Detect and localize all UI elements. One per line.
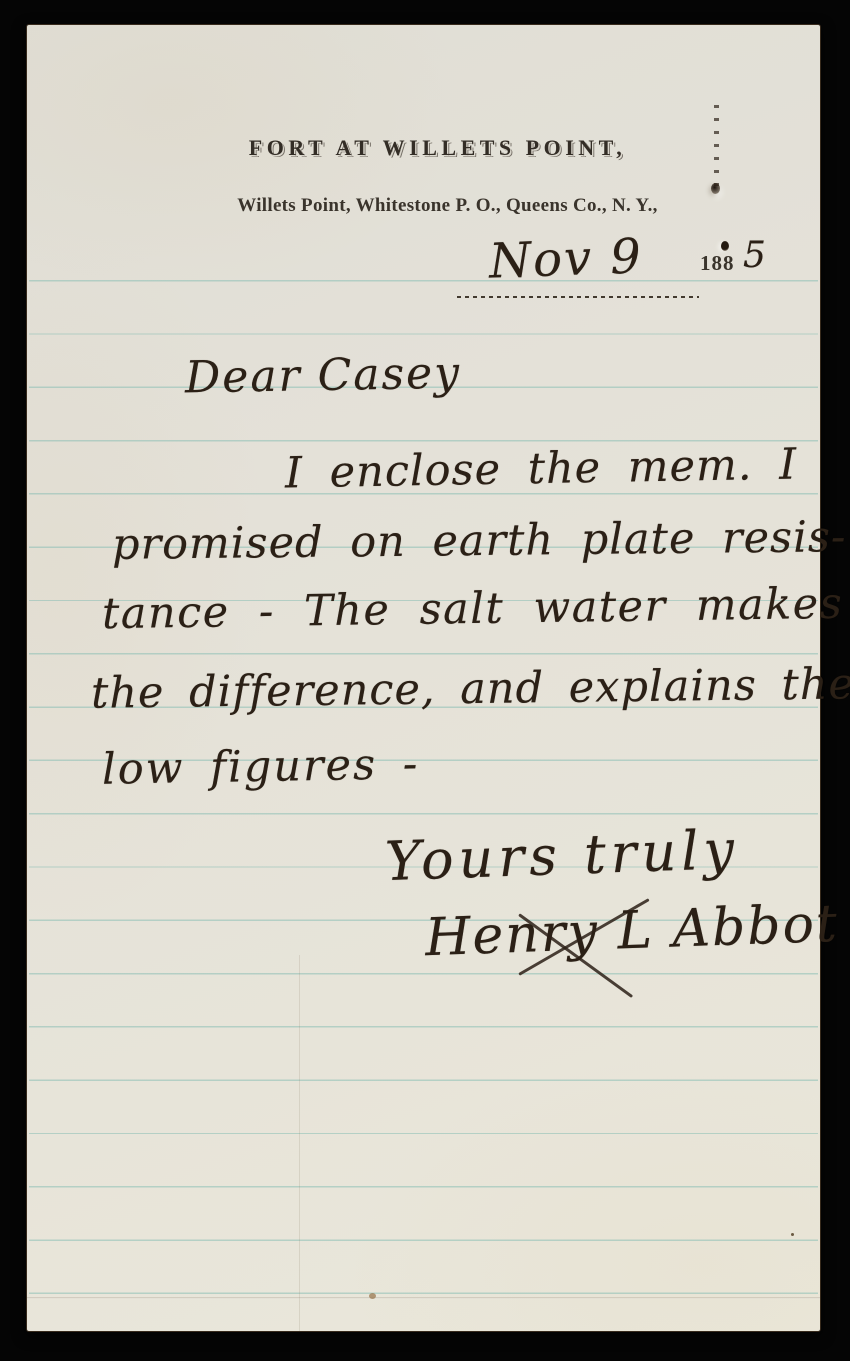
printed-year-prefix: 188	[700, 251, 735, 276]
pin-hole	[721, 241, 729, 251]
body-line: tance - The salt water makes	[102, 579, 844, 639]
handwritten-year-digit: 5	[743, 235, 766, 276]
body-line: promised on earth plate resis-	[112, 512, 847, 570]
letterhead-address: Willets Point, Whitestone P. O., Queens …	[51, 195, 844, 217]
ink-smudge-streak	[714, 105, 719, 187]
body-line: low figures -	[102, 739, 420, 795]
fold-crease-horizontal	[27, 1297, 820, 1299]
stain-spot	[369, 1293, 376, 1299]
salutation: Dear Casey	[185, 348, 462, 404]
ink-blot	[711, 183, 720, 194]
letter-page: FORT AT WILLETS POINT, Willets Point, Wh…	[27, 25, 820, 1331]
paper-speck	[791, 1233, 794, 1236]
date-fill-in-line	[457, 296, 699, 298]
closing-valediction: Yours truly	[384, 818, 740, 893]
body-line: the difference, and explains the	[91, 659, 850, 718]
body-line: I enclose the mem. I	[285, 440, 798, 499]
fold-crease-vertical	[299, 955, 300, 1331]
photo-background: FORT AT WILLETS POINT, Willets Point, Wh…	[0, 0, 850, 1361]
handwritten-date: Nov 9	[488, 228, 644, 289]
